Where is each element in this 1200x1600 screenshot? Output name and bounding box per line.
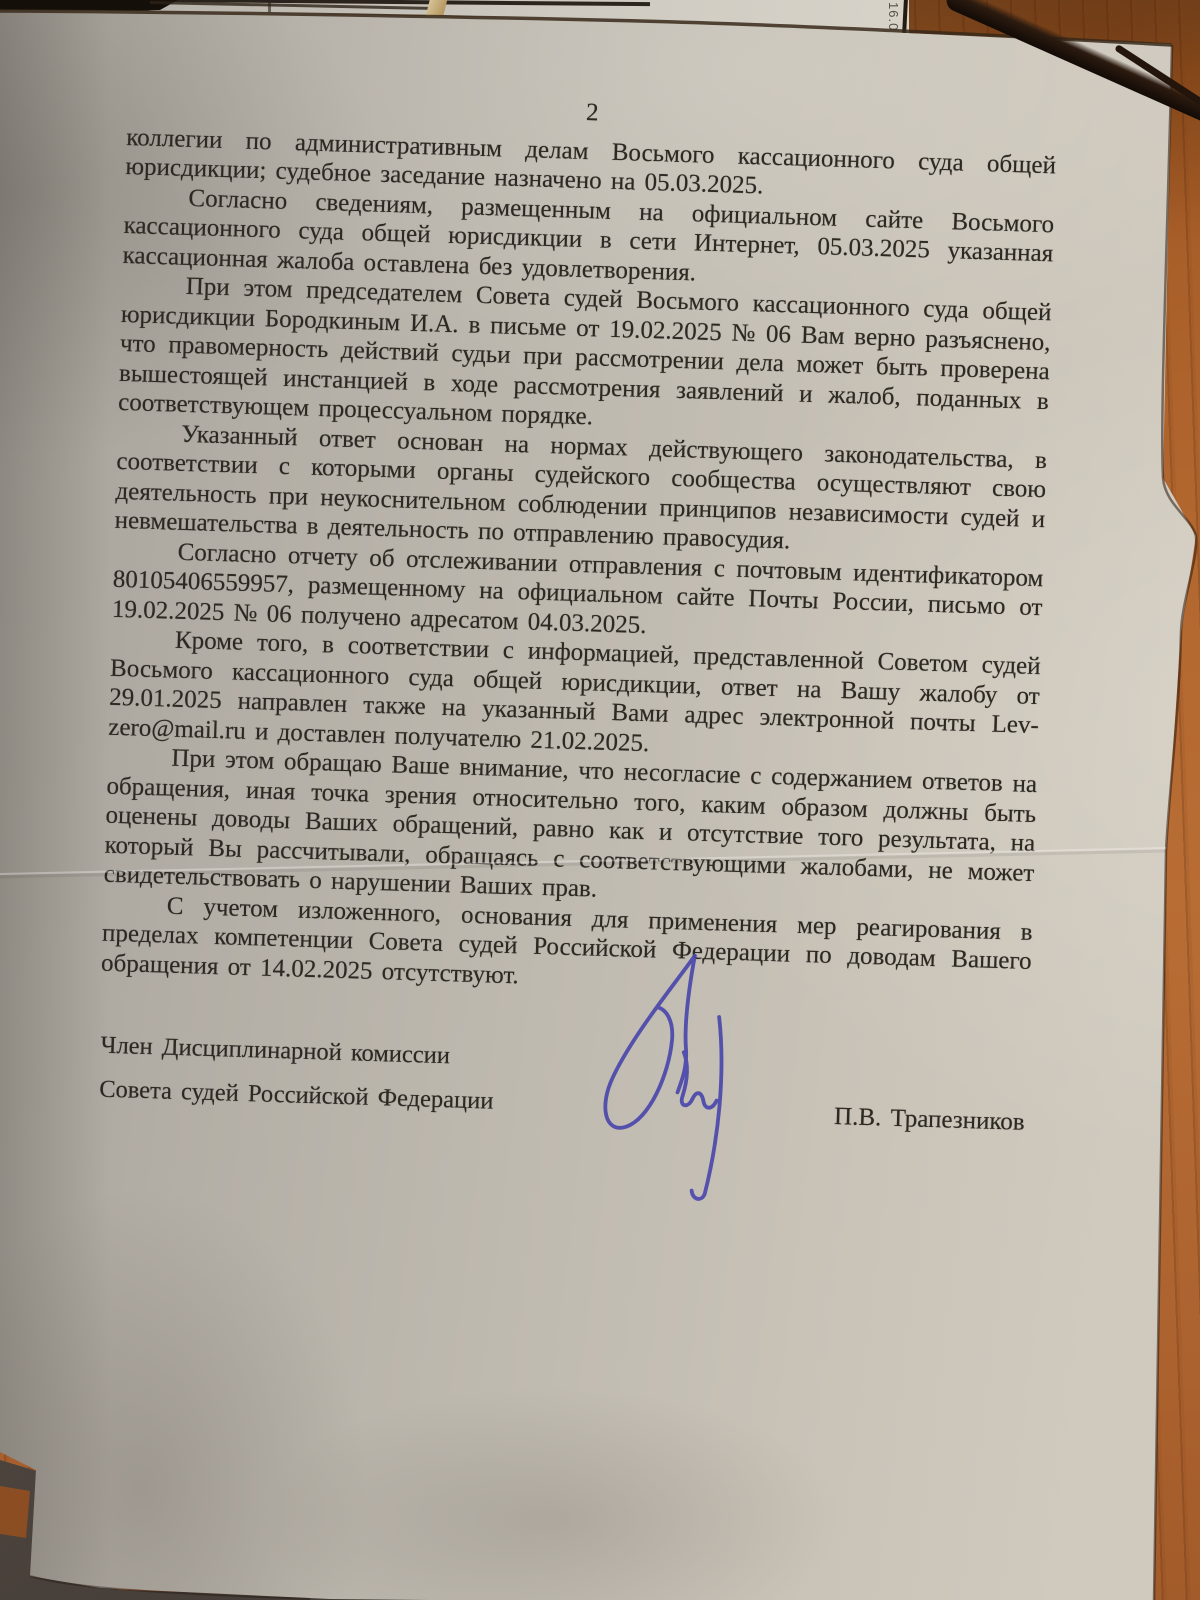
signer-title: Член Дисциплинарной комиссии Совета суде… xyxy=(99,1024,496,1124)
paper-stack-seam xyxy=(268,0,271,12)
letter-body: 2 коллегии по административным делам Вос… xyxy=(94,84,1057,1222)
paragraph: При этом обращаю Ваше внимание, что несо… xyxy=(103,742,1037,918)
signoff-block: Член Дисциплинарной комиссии Совета суде… xyxy=(94,1024,1029,1222)
photo-of-letter-page-2: 16.0 2 коллегии по административным дела… xyxy=(0,0,1200,1600)
signature-ink xyxy=(562,948,782,1206)
letter-sheet: 2 коллегии по административным делам Вос… xyxy=(0,0,1200,1600)
background-sheet-label: 16.0 xyxy=(886,2,901,31)
paragraph: При этом председателем Совета судей Вось… xyxy=(118,270,1052,446)
signer-name: П.В. Трапезников xyxy=(834,1102,1025,1137)
